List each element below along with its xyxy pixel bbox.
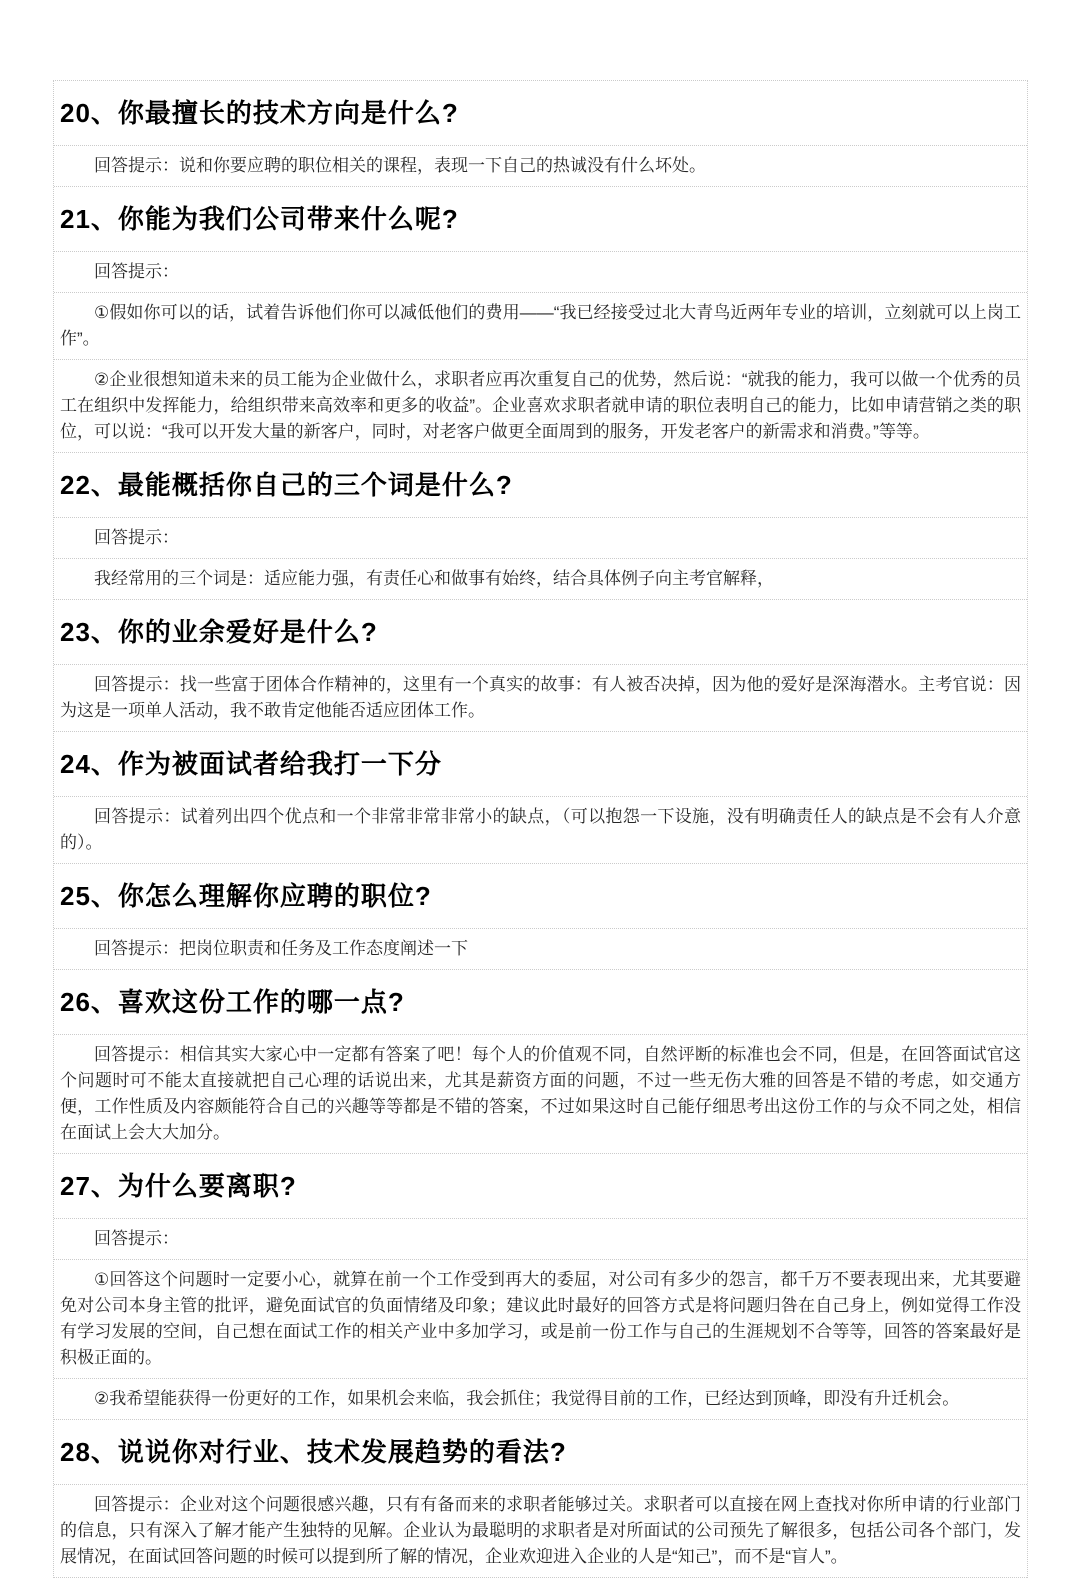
answer-hint-paragraph: 回答提示： xyxy=(54,1219,1027,1260)
question-heading: 28、说说你对行业、技术发展趋势的看法? xyxy=(54,1420,1027,1485)
question-heading: 24、作为被面试者给我打一下分 xyxy=(54,732,1027,797)
answer-hint-paragraph: ②我希望能获得一份更好的工作，如果机会来临，我会抓住；我觉得目前的工作，已经达到… xyxy=(54,1379,1027,1420)
answer-hint-paragraph: 回答提示： xyxy=(54,518,1027,559)
answer-hint-paragraph: 回答提示：企业对这个问题很感兴趣，只有有备而来的求职者能够过关。求职者可以直接在… xyxy=(54,1485,1027,1523)
answer-hint-paragraph: 回答提示： xyxy=(54,252,1027,293)
answer-hint-paragraph: 回答提示：说和你要应聘的职位相关的课程，表现一下自己的热诚没有什么坏处。 xyxy=(54,146,1027,187)
question-heading: 23、你的业余爱好是什么? xyxy=(54,600,1027,665)
question-heading: 27、为什么要离职? xyxy=(54,1154,1027,1219)
sections-container: 20、你最擅长的技术方向是什么?回答提示：说和你要应聘的职位相关的课程，表现一下… xyxy=(54,81,1027,1523)
answer-hint-paragraph: 回答提示：把岗位职责和任务及工作态度阐述一下 xyxy=(54,929,1027,970)
question-heading: 21、你能为我们公司带来什么呢? xyxy=(54,187,1027,252)
document-body: 20、你最擅长的技术方向是什么?回答提示：说和你要应聘的职位相关的课程，表现一下… xyxy=(53,80,1028,1523)
answer-hint-paragraph: 回答提示：相信其实大家心中一定都有答案了吧！每个人的价值观不同，自然评断的标准也… xyxy=(54,1035,1027,1154)
answer-hint-paragraph: 我经常用的三个词是：适应能力强，有责任心和做事有始终，结合具体例子向主考官解释， xyxy=(54,559,1027,600)
question-heading: 20、你最擅长的技术方向是什么? xyxy=(54,81,1027,146)
answer-hint-paragraph: 回答提示：试着列出四个优点和一个非常非常非常小的缺点，（可以抱怨一下设施，没有明… xyxy=(54,797,1027,864)
question-heading: 26、喜欢这份工作的哪一点? xyxy=(54,970,1027,1035)
question-heading: 22、最能概括你自己的三个词是什么? xyxy=(54,453,1027,518)
answer-hint-paragraph: ①回答这个问题时一定要小心，就算在前一个工作受到再大的委屈，对公司有多少的怨言，… xyxy=(54,1260,1027,1379)
question-heading: 25、你怎么理解你应聘的职位? xyxy=(54,864,1027,929)
answer-hint-paragraph: ②企业很想知道未来的员工能为企业做什么，求职者应再次重复自己的优势，然后说：“就… xyxy=(54,360,1027,453)
answer-hint-paragraph: 回答提示：找一些富于团体合作精神的，这里有一个真实的故事：有人被否决掉，因为他的… xyxy=(54,665,1027,732)
answer-hint-paragraph: ①假如你可以的话，试着告诉他们你可以减低他们的费用——“我已经接受过北大青鸟近两… xyxy=(54,293,1027,360)
